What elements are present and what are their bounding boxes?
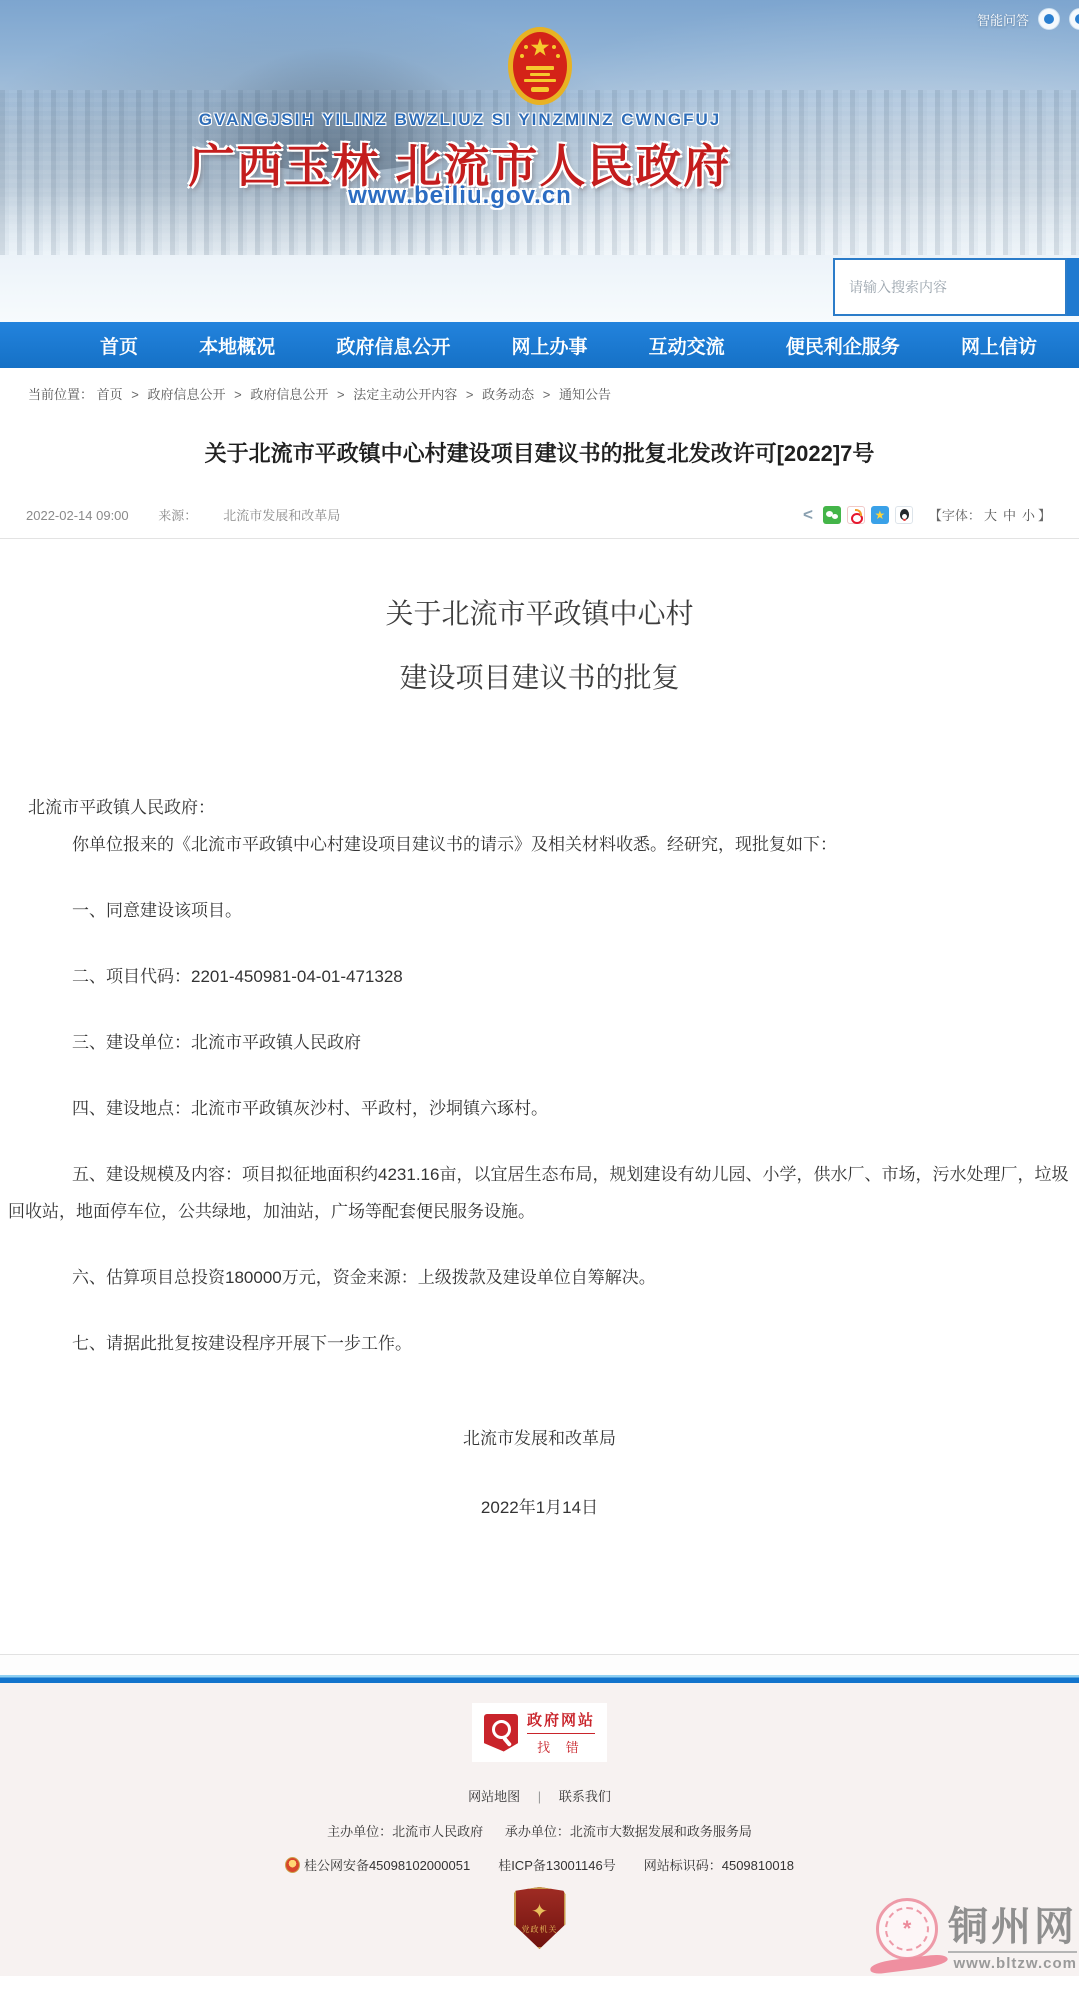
- breadcrumb-info-disclosure[interactable]: 政府信息公开: [148, 387, 226, 402]
- footer-divider: [0, 1675, 1079, 1683]
- article-meta: 2022-02-14 09:00 来源：北流市发展和改革局 < ★ 【字体：大中…: [0, 505, 1079, 539]
- national-emblem: [507, 26, 573, 111]
- font-size-small-button[interactable]: 小: [1022, 508, 1035, 523]
- footer-organizers: 主办单位：北流市人民政府 承办单位：北流市大数据发展和政务服务局: [0, 1821, 1079, 1840]
- paragraph-intro: 你单位报来的《北流市平政镇中心村建设项目建议书的请示》及相关材料收悉。经研究，现…: [8, 826, 1071, 863]
- breadcrumb-home[interactable]: 首页: [97, 387, 123, 402]
- qzone-icon[interactable]: ★: [871, 506, 889, 524]
- site-url: www.beiliu.gov.cn: [0, 182, 920, 210]
- breadcrumb-separator: >: [466, 387, 474, 402]
- party-gov-badge[interactable]: ✦ 党政机关: [514, 1887, 566, 1949]
- font-size-suffix: 】: [1038, 508, 1051, 523]
- party-gov-badge-label: 党政机关: [522, 1924, 558, 1935]
- organizer-text: 主办单位：北流市人民政府: [327, 1824, 483, 1839]
- article-meta-left: 2022-02-14 09:00 来源：北流市发展和改革局: [26, 505, 366, 524]
- nav-item-interaction[interactable]: 互动交流: [649, 332, 725, 359]
- signature-date: 2022年1月14日: [8, 1493, 1071, 1518]
- main-nav: 首页 本地概况 政府信息公开 网上办事 互动交流 便民利企服务 网上信访: [0, 322, 1079, 368]
- paragraph-item-2: 二、项目代码：2201-450981-04-01-471328: [8, 958, 1071, 995]
- search-box: ⚲: [833, 258, 1079, 316]
- error-report-divider: [527, 1733, 595, 1734]
- watermark: * 铜州网 www.bltzw.com: [876, 1898, 1077, 1972]
- breadcrumb-separator: >: [337, 387, 345, 402]
- source-label: 来源：: [158, 508, 197, 523]
- smart-qa-label[interactable]: 智能问答: [977, 10, 1029, 29]
- floating-tool-icon[interactable]: [1069, 8, 1079, 30]
- paragraph-item-4: 四、建设地点：北流市平政镇灰沙村、平政村，沙垌镇六琢村。: [8, 1090, 1071, 1127]
- party-gov-badge-emblem: ✦: [531, 1902, 548, 1922]
- site-banner: 智能问答 GVANGJSIH YILINZ BWZLIUZ SI YINZMIN…: [0, 0, 1079, 255]
- undertaker-text: 承办单位：北流市大数据发展和政务服务局: [505, 1824, 752, 1839]
- footer: 政府网站 找 错 网站地图 | 联系我们 主办单位：北流市人民政府 承办单位：北…: [0, 1683, 1079, 1976]
- watermark-text: 铜州网 www.bltzw.com: [948, 1905, 1077, 1972]
- source-value: 北流市发展和改革局: [223, 508, 340, 523]
- font-size-large-button[interactable]: 大: [984, 508, 997, 523]
- article-meta-right: < ★ 【字体：大中小】: [799, 505, 1051, 524]
- error-report-icon: [484, 1714, 518, 1752]
- nav-item-petition[interactable]: 网上信访: [961, 332, 1037, 359]
- paragraph-item-6: 六、估算项目总投资180000万元，资金来源：上级拨款及建设单位自筹解决。: [8, 1259, 1071, 1296]
- paragraph-item-3: 三、建设单位：北流市平政镇人民政府: [8, 1024, 1071, 1061]
- nav-item-overview[interactable]: 本地概况: [199, 332, 275, 359]
- breadcrumb-info-disclosure-2[interactable]: 政府信息公开: [250, 387, 328, 402]
- gov-site-error-report-button[interactable]: 政府网站 找 错: [472, 1703, 607, 1762]
- paragraph-item-5: 五、建设规模及内容：项目拟征地面积约4231.16亩，以宜居生态布局，规划建设有…: [8, 1156, 1071, 1230]
- watermark-url: www.bltzw.com: [948, 1955, 1077, 1972]
- nav-item-convenience-services[interactable]: 便民利企服务: [786, 332, 900, 359]
- contact-us-link[interactable]: 联系我们: [559, 1789, 611, 1804]
- footer-records: 桂公网安备45098102000051 桂ICP备13001146号 网站标识码…: [0, 1855, 1079, 1874]
- weibo-icon[interactable]: [847, 506, 865, 524]
- document-heading-line2: 建设项目建议书的批复: [8, 659, 1071, 697]
- footer-link-separator: |: [538, 1789, 541, 1804]
- salutation: 北流市平政镇人民政府：: [8, 789, 1071, 826]
- qq-icon[interactable]: [895, 506, 913, 524]
- search-button[interactable]: ⚲: [1067, 258, 1079, 316]
- paragraph-item-7: 七、请据此批复按建设程序开展下一步工作。: [8, 1325, 1071, 1362]
- search-input[interactable]: [833, 258, 1067, 316]
- nav-item-info-disclosure[interactable]: 政府信息公开: [336, 332, 450, 359]
- police-record-text: 桂公网安备45098102000051: [304, 1855, 470, 1874]
- breadcrumb-label: 当前位置：: [28, 387, 93, 402]
- nav-item-home[interactable]: 首页: [100, 332, 138, 359]
- font-size-medium-button[interactable]: 中: [1003, 508, 1016, 523]
- watermark-name: 铜州网: [948, 1905, 1077, 1953]
- icp-record-link[interactable]: 桂ICP备13001146号: [498, 1855, 616, 1874]
- page-title: 关于北流市平政镇中心村建设项目建议书的批复北发改许可[2022]7号: [50, 439, 1030, 469]
- smart-qa-icon[interactable]: [1038, 8, 1060, 30]
- breadcrumb-separator: >: [543, 387, 551, 402]
- article-body: 关于北流市平政镇中心村 建设项目建议书的批复 北流市平政镇人民政府： 你单位报来…: [0, 595, 1079, 1518]
- error-report-line2: 找 错: [537, 1737, 585, 1756]
- share-icon[interactable]: <: [799, 506, 817, 524]
- breadcrumb-statutory-content[interactable]: 法定主动公开内容: [353, 387, 457, 402]
- watermark-seal-icon: *: [876, 1898, 940, 1972]
- wechat-icon[interactable]: [823, 506, 841, 524]
- police-badge-icon: [285, 1857, 300, 1873]
- search-strip: ⚲: [0, 255, 1079, 322]
- breadcrumb-separator: >: [131, 387, 139, 402]
- error-report-text: 政府网站 找 错: [527, 1709, 595, 1756]
- breadcrumb: 当前位置： 首页 > 政府信息公开 > 政府信息公开 > 法定主动公开内容 > …: [0, 368, 1079, 413]
- font-size-widget: 【字体：大中小】: [929, 505, 1051, 524]
- publish-date: 2022-02-14 09:00: [26, 508, 129, 523]
- breadcrumb-current: 通知公告: [559, 387, 611, 402]
- breadcrumb-separator: >: [234, 387, 242, 402]
- article-card: 关于北流市平政镇中心村建设项目建议书的批复北发改许可[2022]7号 2022-…: [0, 439, 1079, 1655]
- document-heading-line1: 关于北流市平政镇中心村: [8, 595, 1071, 633]
- error-report-line1: 政府网站: [527, 1709, 595, 1730]
- footer-gap: [0, 1655, 1079, 1675]
- breadcrumb-gov-news[interactable]: 政务动态: [482, 387, 534, 402]
- site-title-zhuang: GVANGJSIH YILINZ BWZLIUZ SI YINZMINZ CWN…: [0, 110, 920, 130]
- site-code-text: 网站标识码：4509810018: [644, 1855, 794, 1874]
- nav-item-online-services[interactable]: 网上办事: [511, 332, 587, 359]
- police-record-link[interactable]: 桂公网安备45098102000051: [285, 1855, 470, 1874]
- paragraph-item-1: 一、同意建设该项目。: [8, 892, 1071, 929]
- sitemap-link[interactable]: 网站地图: [468, 1789, 520, 1804]
- signature-org: 北流市发展和改革局: [8, 1424, 1071, 1449]
- smart-qa-widget[interactable]: 智能问答: [977, 8, 1079, 30]
- footer-links: 网站地图 | 联系我们: [0, 1786, 1079, 1805]
- font-size-prefix: 【字体：: [929, 508, 981, 523]
